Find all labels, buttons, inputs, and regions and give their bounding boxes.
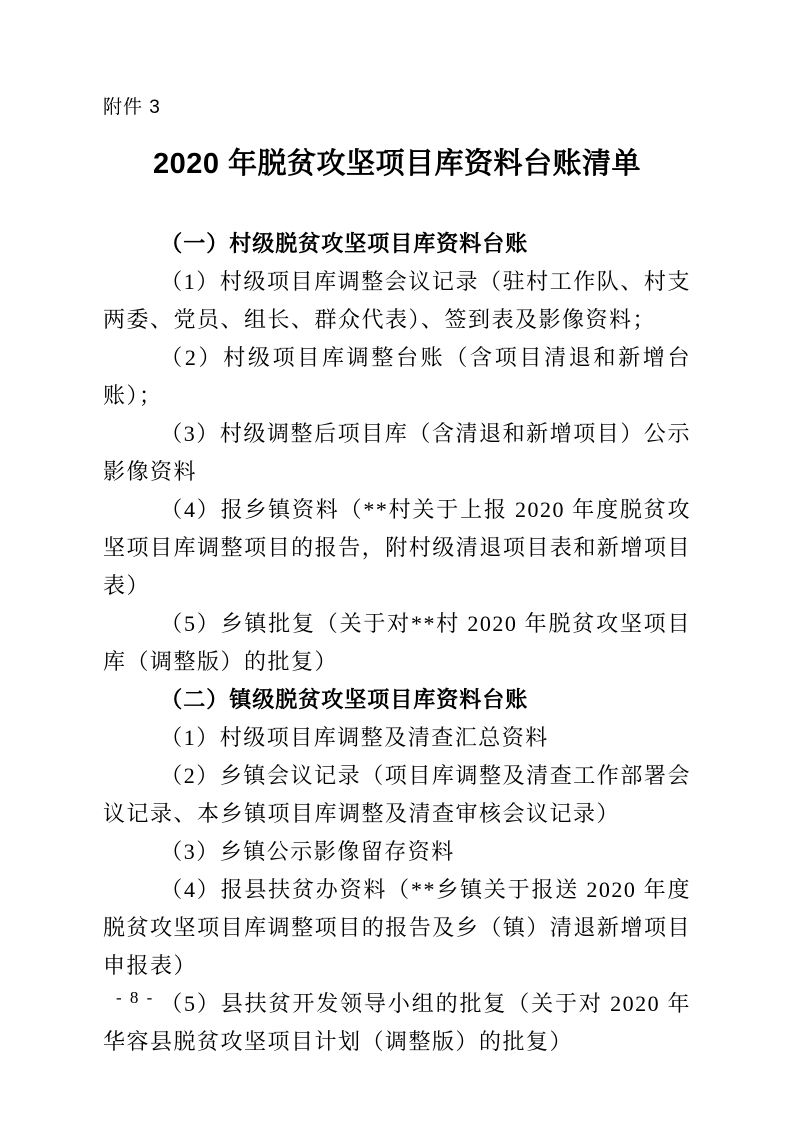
section-heading: （一）村级脱贫攻坚项目库资料台账: [103, 225, 691, 263]
page-number: - 8 -: [116, 988, 154, 1008]
list-item: （5）乡镇批复（关于对**村 2020 年脱贫攻坚项目库（调整版）的批复）: [103, 605, 691, 681]
list-item: （2）村级项目库调整台账（含项目清退和新增台账）；: [103, 339, 691, 415]
document-title: 2020 年脱贫攻坚项目库资料台账清单: [103, 146, 691, 182]
attachment-label: 附件 3: [103, 96, 691, 120]
list-item: （3）村级调整后项目库（含清退和新增项目）公示影像资料: [103, 415, 691, 491]
list-item: （4）报县扶贫办资料（**乡镇关于报送 2020 年度脱贫攻坚项目库调整项目的报…: [103, 871, 691, 985]
list-item: （1）村级项目库调整会议记录（驻村工作队、村支两委、党员、组长、群众代表）、签到…: [103, 263, 691, 339]
section-heading: （二）镇级脱贫攻坚项目库资料台账: [103, 681, 691, 719]
document-content: 附件 3 2020 年脱贫攻坚项目库资料台账清单 （一）村级脱贫攻坚项目库资料台…: [103, 96, 691, 1061]
document-page: 附件 3 2020 年脱贫攻坚项目库资料台账清单 （一）村级脱贫攻坚项目库资料台…: [0, 0, 793, 1122]
list-item: （3）乡镇公示影像留存资料: [103, 833, 691, 871]
section-town-level: （二）镇级脱贫攻坚项目库资料台账 （1）村级项目库调整及清查汇总资料 （2）乡镇…: [103, 681, 691, 1061]
list-item: （1）村级项目库调整及清查汇总资料: [103, 719, 691, 757]
section-village-level: （一）村级脱贫攻坚项目库资料台账 （1）村级项目库调整会议记录（驻村工作队、村支…: [103, 225, 691, 681]
document-body: （一）村级脱贫攻坚项目库资料台账 （1）村级项目库调整会议记录（驻村工作队、村支…: [103, 225, 691, 1061]
list-item: （2）乡镇会议记录（项目库调整及清查工作部署会议记录、本乡镇项目库调整及清查审核…: [103, 757, 691, 833]
list-item: （5）县扶贫开发领导小组的批复（关于对 2020 年华容县脱贫攻坚项目计划（调整…: [103, 985, 691, 1061]
list-item: （4）报乡镇资料（**村关于上报 2020 年度脱贫攻坚项目库调整项目的报告，附…: [103, 491, 691, 605]
